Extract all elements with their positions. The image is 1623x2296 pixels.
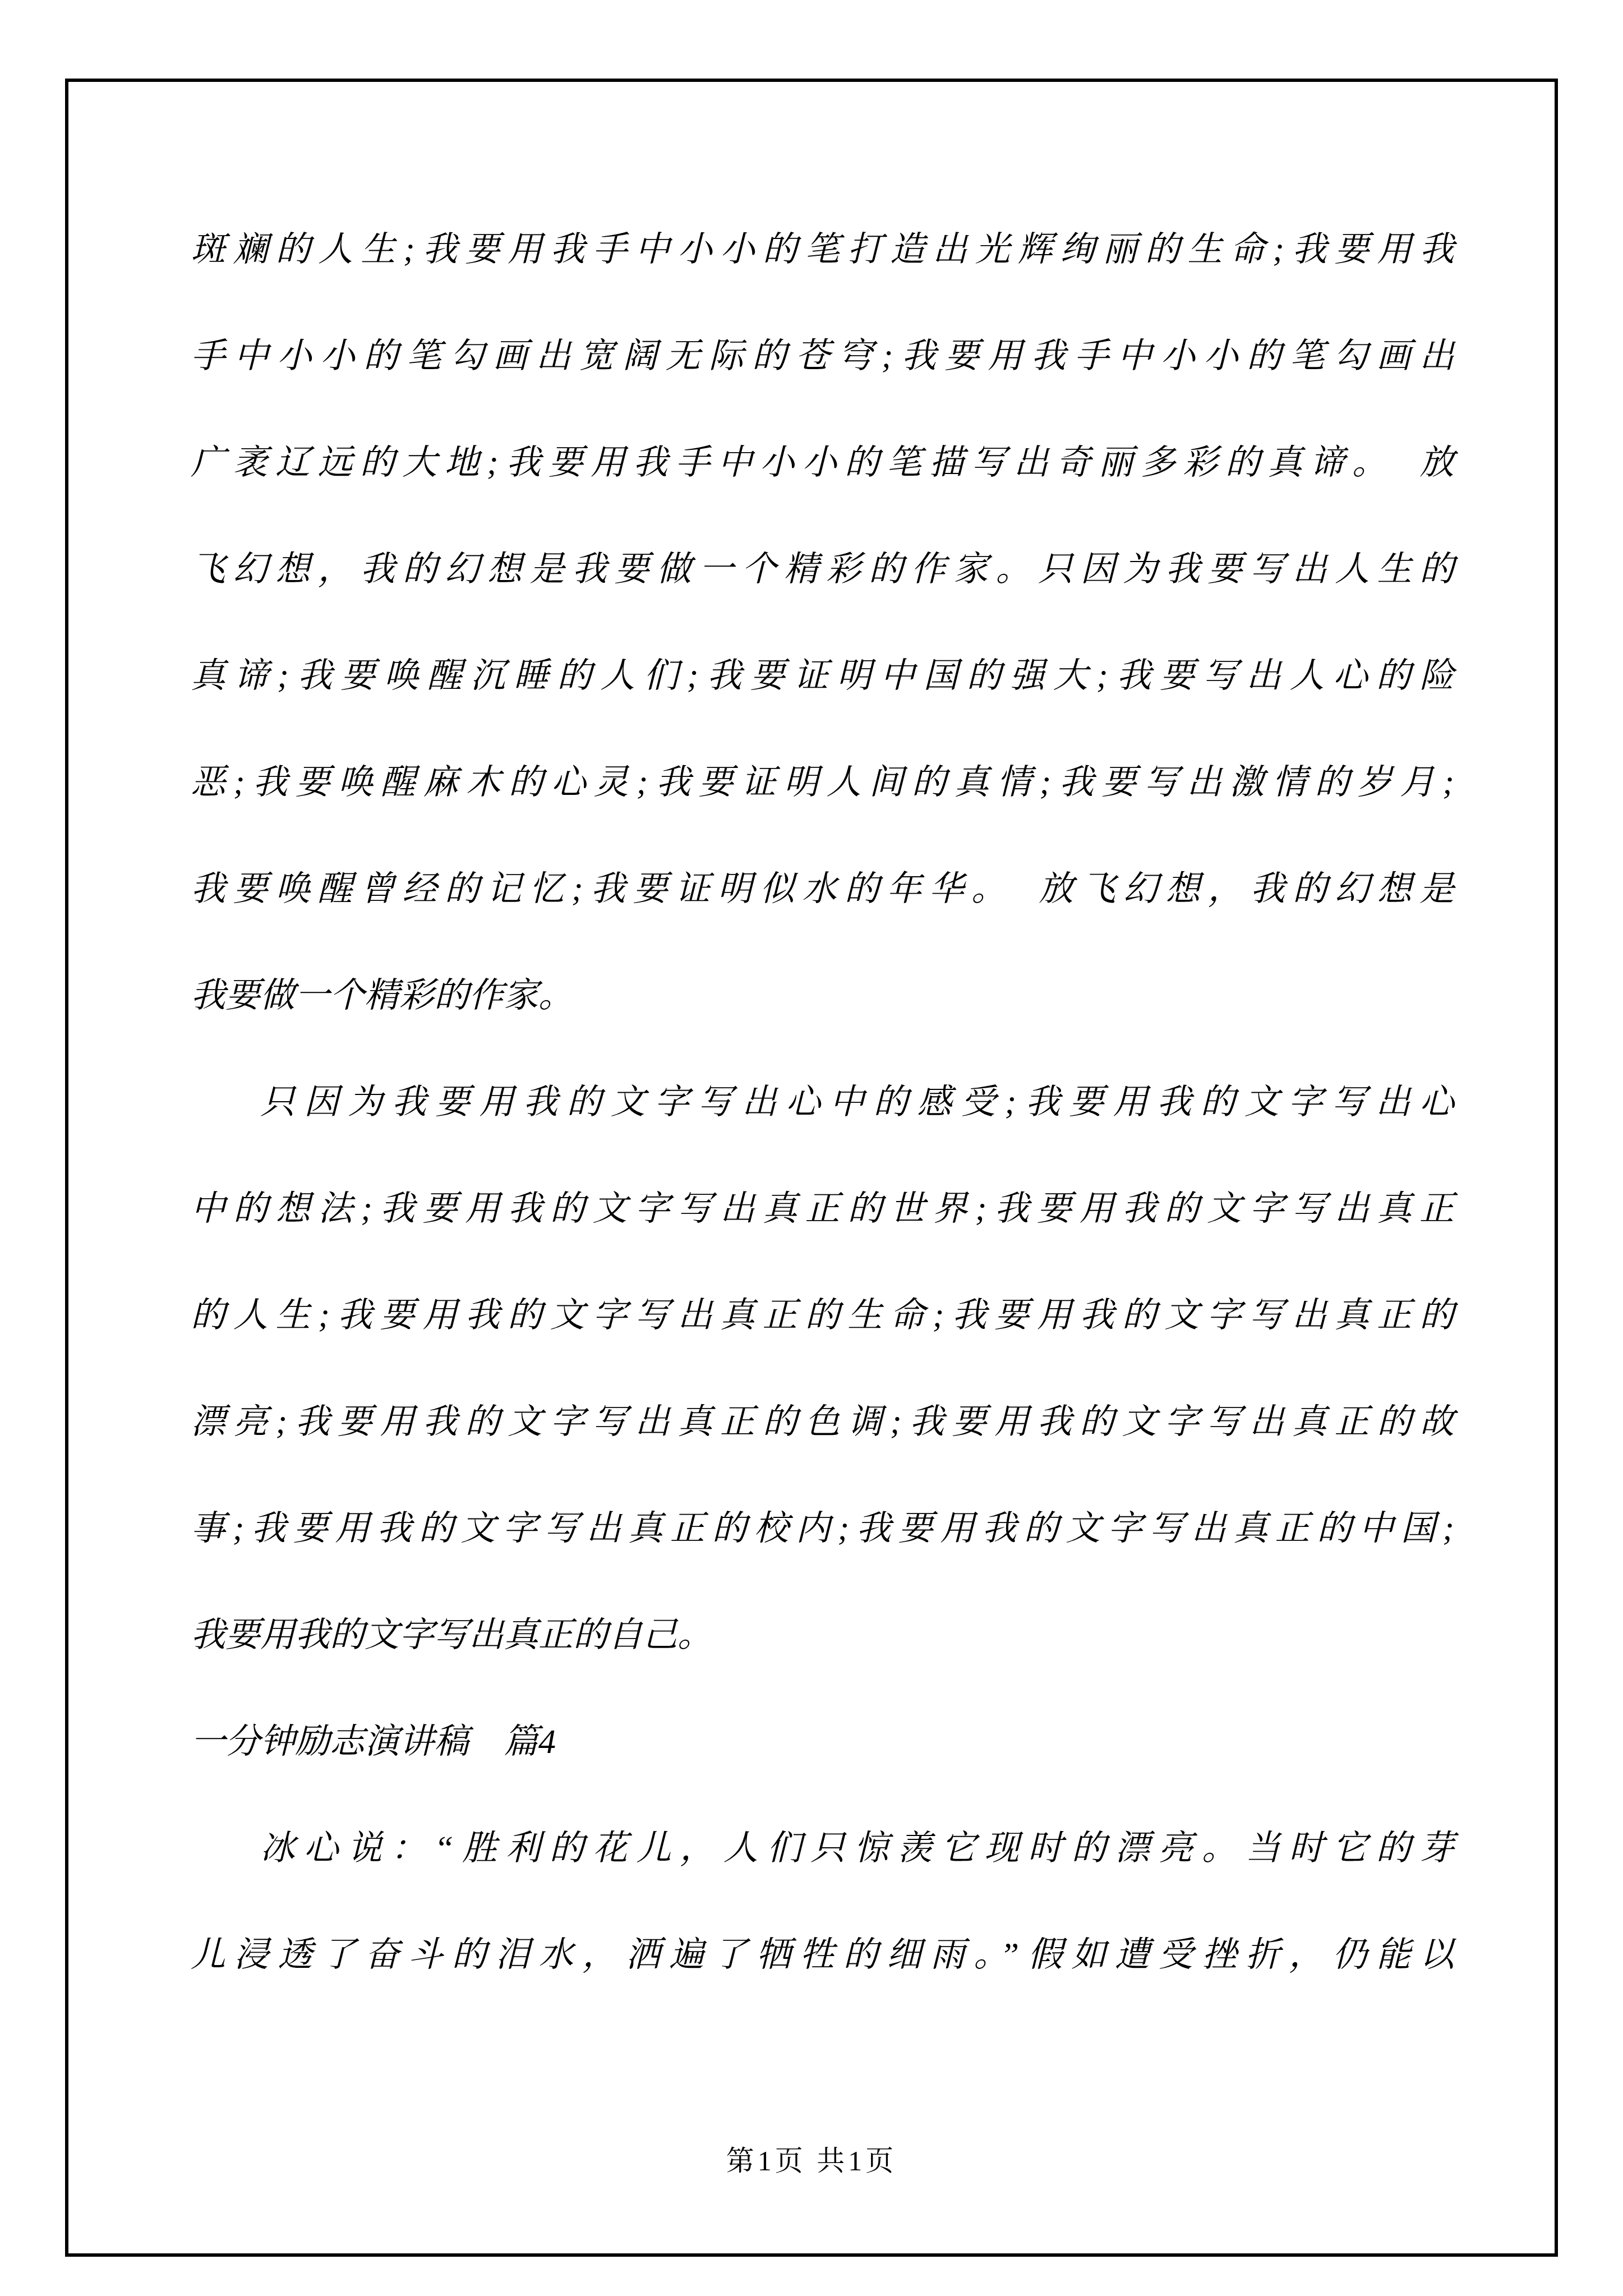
section-heading: 一分钟励志演讲稿 篇4 <box>191 1688 1454 1795</box>
text-line: 恶;我要唤醒麻木的心灵;我要证明人间的真情;我要写出激情的岁月; <box>191 729 1454 836</box>
text-line: 手中小小的笔勾画出宽阔无际的苍穹;我要用我手中小小的笔勾画出 <box>191 303 1454 409</box>
text-line: 漂亮;我要用我的文字写出真正的色调;我要用我的文字写出真正的故 <box>191 1369 1454 1475</box>
text-line: 事;我要用我的文字写出真正的校内;我要用我的文字写出真正的中国; <box>191 1475 1454 1582</box>
text-line: 真谛;我要唤醒沉睡的人们;我要证明中国的强大;我要写出人心的险 <box>191 623 1454 729</box>
text-line: 我要唤醒曾经的记忆;我要证明似水的年华。 放飞幻想，我的幻想是 <box>191 836 1454 942</box>
text-line-paragraph-end: 我要用我的文字写出真正的自己。 <box>191 1582 1454 1688</box>
text-line: 广袤辽远的大地;我要用我手中小小的笔描写出奇丽多彩的真谛。 放 <box>191 409 1454 516</box>
text-line-paragraph-start: 只因为我要用我的文字写出心中的感受;我要用我的文字写出心 <box>191 1049 1454 1156</box>
page-footer: 第1页 共1页 <box>0 2138 1623 2179</box>
text-line: 儿浸透了奋斗的泪水，洒遍了牺牲的细雨。”假如遭受挫折，仍能以 <box>191 1902 1454 2008</box>
document-text-block: 斑斓的人生;我要用我手中小小的笔打造出光辉绚丽的生命;我要用我 手中小小的笔勾画… <box>191 196 1454 2008</box>
text-line: 飞幻想，我的幻想是我要做一个精彩的作家。只因为我要写出人生的 <box>191 516 1454 623</box>
text-line: 中的想法;我要用我的文字写出真正的世界;我要用我的文字写出真正 <box>191 1156 1454 1262</box>
text-line-paragraph-end: 我要做一个精彩的作家。 <box>191 942 1454 1049</box>
text-line-paragraph-start: 冰心说：“胜利的花儿，人们只惊羡它现时的漂亮。当时它的芽 <box>191 1795 1454 1902</box>
text-line: 斑斓的人生;我要用我手中小小的笔打造出光辉绚丽的生命;我要用我 <box>191 196 1454 303</box>
text-line: 的人生;我要用我的文字写出真正的生命;我要用我的文字写出真正的 <box>191 1262 1454 1369</box>
